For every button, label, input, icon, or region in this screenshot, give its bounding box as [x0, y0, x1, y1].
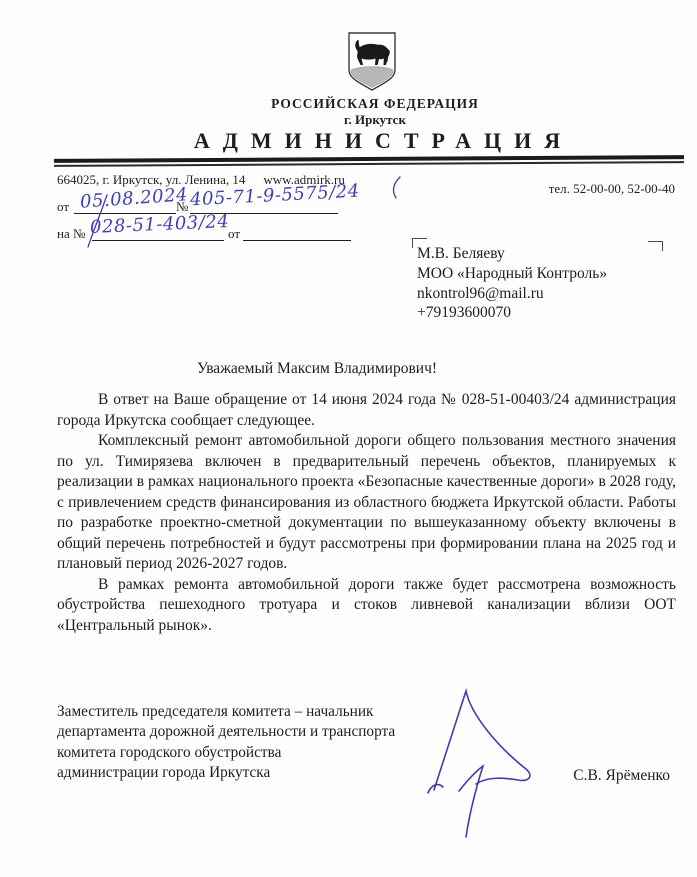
letterhead-country: РОССИЙСКАЯ ФЕДЕРАЦИЯ	[95, 96, 655, 112]
signer-position-line: администрации города Иркутска	[57, 763, 395, 783]
incoming-date-underline	[243, 239, 351, 241]
signer-position-line: Заместитель председателя комитета – нача…	[57, 702, 395, 722]
body-paragraph: Комплексный ремонт автомобильной дороги …	[57, 431, 676, 575]
on-number-label: на №	[57, 226, 85, 242]
letter-body: В ответ на Ваше обращение от 14 июня 202…	[57, 390, 676, 636]
address-zone-corner-right	[648, 241, 663, 251]
recipient-block: М.В. Беляеву МОО «Народный Контроль» nko…	[417, 244, 607, 323]
irkutsk-coat-of-arms-icon	[346, 31, 398, 93]
header-double-rule	[54, 155, 684, 166]
salutation: Уважаемый Максим Владимирович!	[57, 360, 577, 378]
handwritten-incoming-number: 028-51-403/24	[90, 211, 230, 238]
signer-position-block: Заместитель председателя комитета – нача…	[57, 702, 395, 784]
handwritten-outgoing-date: 05.08.2024	[79, 184, 188, 212]
from-label-2: от	[228, 226, 240, 242]
body-paragraph: В ответ на Ваше обращение от 14 июня 202…	[57, 390, 676, 431]
body-paragraph: В рамках ремонта автомобильной дороги та…	[57, 575, 676, 637]
recipient-organization: МОО «Народный Контроль»	[417, 264, 607, 284]
signer-position-line: комитета городского обустройства	[57, 743, 395, 763]
recipient-name: М.В. Беляеву	[417, 244, 607, 264]
recipient-phone: +79193600070	[417, 303, 607, 323]
letterhead-address: 664025, г. Иркутск, ул. Ленина, 14	[57, 172, 245, 187]
letterhead-city: г. Иркутск	[95, 112, 655, 128]
signer-position-line: департамента дорожной деятельности и тра…	[57, 722, 395, 742]
letterhead-organization-title: АДМИНИСТРАЦИЯ	[60, 128, 694, 154]
letterhead-phone: тел. 52-00-00, 52-00-40	[549, 181, 675, 197]
signer-name: С.В. Ярёменко	[573, 767, 670, 785]
incoming-number-underline	[92, 239, 224, 241]
from-label: от	[57, 199, 69, 215]
scanned-letter-page: РОССИЙСКАЯ ФЕДЕРАЦИЯ г. Иркутск АДМИНИСТ…	[0, 0, 697, 877]
recipient-email: nkontrol96@mail.ru	[417, 284, 607, 304]
